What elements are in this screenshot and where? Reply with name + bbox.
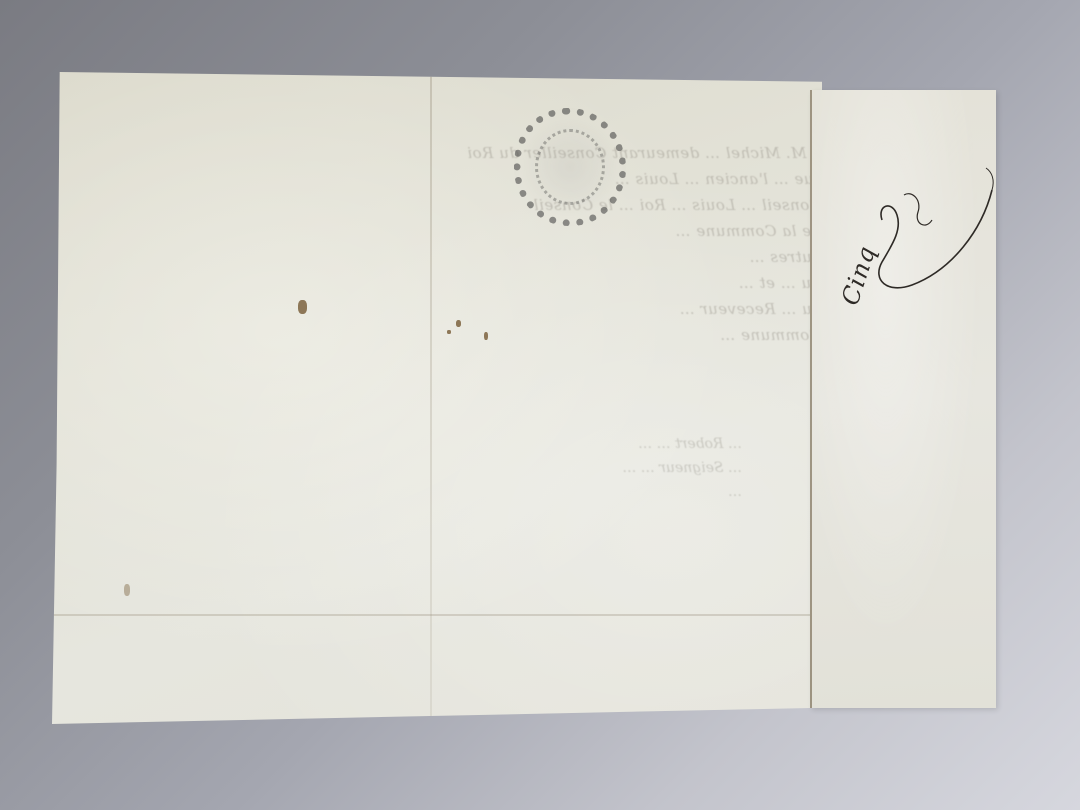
bleed-line: … xyxy=(322,480,742,504)
ink-seal-stamp xyxy=(514,108,626,226)
ink-stain xyxy=(456,320,461,327)
flap-handwritten-note: Cinq xyxy=(842,150,1002,350)
bleed-line: … du … et … xyxy=(222,270,842,296)
bleed-line: … Commune … xyxy=(222,322,842,348)
bleed-line: … Seigneur … … xyxy=(322,456,742,480)
seal-inner-ring xyxy=(535,129,605,205)
ink-stain xyxy=(124,584,130,596)
photo-scene: …le M. Michel … demeurant Conseiller du … xyxy=(0,0,1080,810)
bleed-line: … au … Receveur … xyxy=(222,296,842,322)
document-sheet: …le M. Michel … demeurant Conseiller du … xyxy=(52,72,822,724)
bleed-line: … de la Commune … xyxy=(222,218,842,244)
folded-flap: Cinq xyxy=(810,90,996,708)
bleed-line: … Robert … … xyxy=(322,432,742,456)
bleed-through-signature-block: … Robert … … … Seigneur … … … xyxy=(322,432,742,504)
bleed-line: … autres … xyxy=(222,244,842,270)
ink-stain xyxy=(484,332,488,340)
ink-stain xyxy=(298,300,307,314)
horizontal-fold-crease xyxy=(52,614,822,616)
ink-stain xyxy=(447,330,451,334)
